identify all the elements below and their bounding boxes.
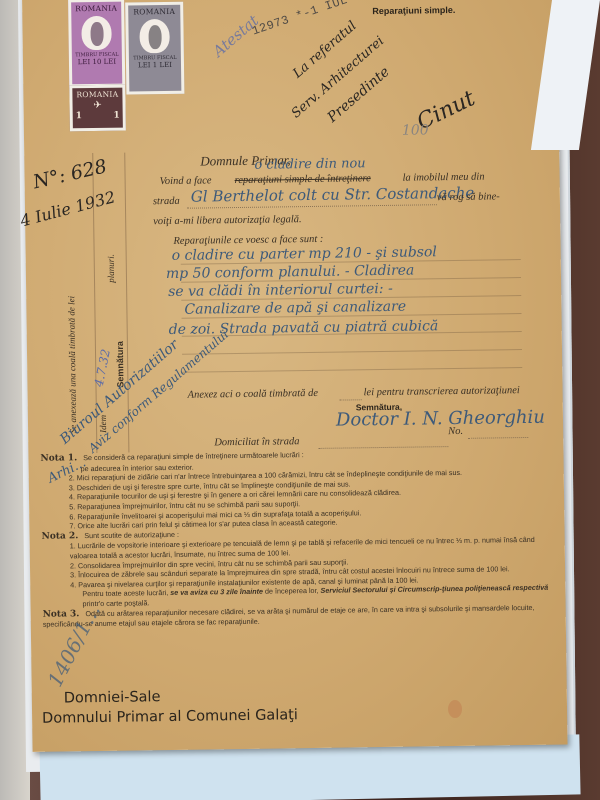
street-label: strada [153,196,180,207]
postal-mid: de începerea lor, [265,586,319,596]
stamp-value-left: 1 [76,111,82,121]
registration-date: 4 Iulie 1932 [18,187,117,230]
annex-text: Anexez aci o coală timbrată de [188,388,318,401]
addressee-block: Domniei-Sale Domnului Primar al Comunei … [42,685,298,729]
works-line-3: se va clădi în interiorul curtei: - [168,281,393,300]
stamp-country: ROMANIA [71,4,121,14]
nota-2-label: Nota 2. [42,531,79,542]
aviation-stamp: ROMANIA ✈ 1 1 [69,85,126,132]
postal-emphasis-1: se va aviza cu 3 zile înainte [170,587,263,597]
stamp-value-right: 1 [113,111,119,121]
applicant-signature: Doctor I. N. Gheorghiu [336,407,545,431]
request-closing: voiţi a-mi libera autorizaţia legală. [153,214,302,227]
application-form: ROMANIA TIMBRU FISCAL LEI 10 LEI ROMANIA… [22,0,568,752]
fiscal-stamp-10-lei: ROMANIA TIMBRU FISCAL LEI 10 LEI [68,0,125,87]
margin-vertical-text: Se anexează una coală timbrată de lei [66,296,78,434]
domicile-label: Domiciliat în strada [214,436,299,448]
works-line-4: Canalizare de apă şi canalizare [184,299,406,318]
postal-prefix: Pentru toate aceste lucrări, [82,588,168,598]
stamp-value: LEI 10 LEI [72,58,122,67]
paper-stain [448,700,462,718]
works-line-5: de zoi. Strada pavată cu piatră cubică [169,318,439,338]
stamp-country: ROMANIA [128,7,180,17]
king-portrait-icon [139,19,169,53]
postal-emphasis-2: Serviciul Sectorului şi Circumscrip-ţiun… [320,583,548,595]
notes-section: Nota 1. Se consideră ca reparaţiuni simp… [40,447,562,630]
fee-annotation: 100 [402,122,429,138]
inserted-text: o cladire din nou [254,156,365,173]
request-suffix: la imobilul meu din [403,172,485,184]
registration-stamp: 12973 *-1 IUL 1932 [250,0,386,38]
airplane-icon: ✈ [72,100,122,112]
stamp-value: LEI 1 LEI [129,61,181,70]
registration-number: N°: 628 [31,155,109,193]
domicile-number-label: No. [448,426,463,437]
form-title: Reparaţiuni simple. [372,5,455,16]
nota-1-label: Nota 1. [40,453,77,464]
domicile-number-rule [468,437,528,439]
annex-suffix: lei pentru transcrierea autorizaţiunei [364,385,520,398]
struck-text: reparaţiuni simple de întreţinere [235,173,371,186]
stamp-country: ROMANIA [72,90,122,100]
nota-2-intro: Sunt scutite de autorizaţiune : [84,530,179,540]
street-value: Gl Berthelot colt cu Str. Costandache [191,184,475,206]
fiscal-stamp-1-leu: ROMANIA TIMBRU FISCAL LEI 1 LEI [125,2,184,95]
annex-rule [340,399,362,400]
request-please: vă rog să bine- [437,191,500,203]
ruled-line [182,367,522,373]
works-heading: Reparaţiunile ce voesc a face sunt : [173,234,323,247]
ruled-line [182,349,522,355]
king-portrait-icon [81,16,111,50]
request-prefix: Voind a face [160,175,212,187]
margin-vertical-text: planuri. [106,254,116,283]
nota-1-intro: Se consideră ca reparaţiuni simple de în… [83,450,304,462]
addressee-line-2: Domnului Primar al Comunei Galaţi [42,705,298,729]
